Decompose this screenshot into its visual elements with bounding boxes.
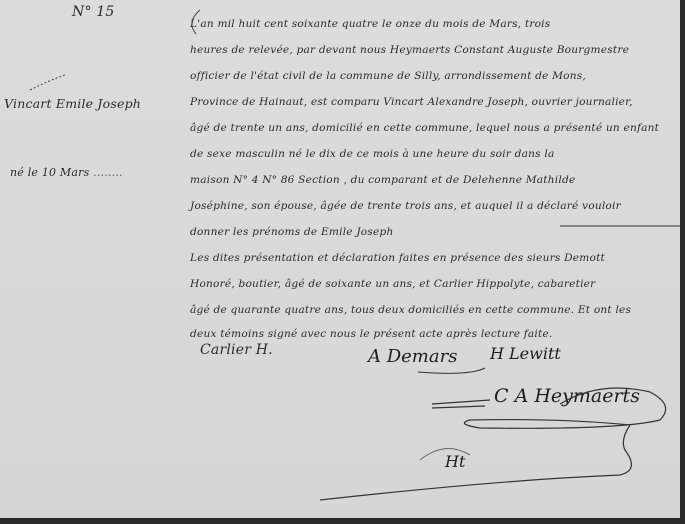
document-page: N° 15 Vincart Emile Joseph né le 10 Mars… [0, 0, 680, 518]
signature-flourish [0, 0, 680, 518]
